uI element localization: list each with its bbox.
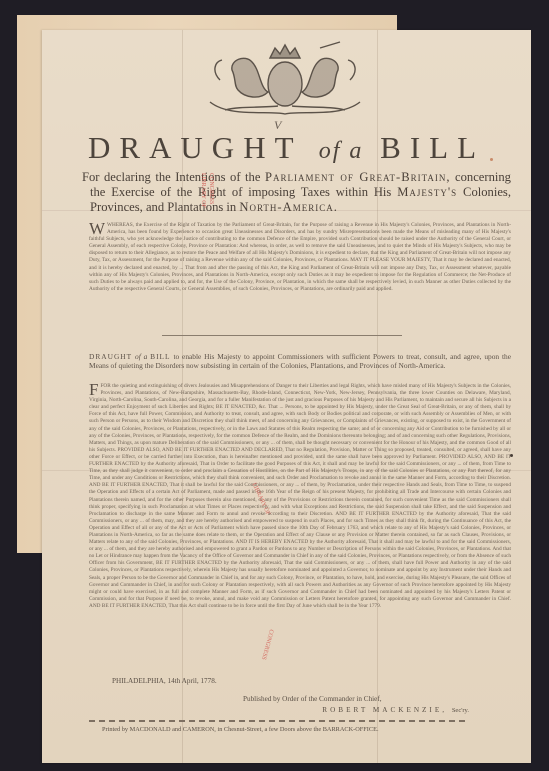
dateline: PHILADELPHIA, 14th April, 1778. xyxy=(112,677,217,685)
second-bill-body: F FOR the quieting and extinguishing of … xyxy=(89,383,511,675)
document-title: DRAUGHT of a BILL xyxy=(42,130,531,166)
drop-cap: F xyxy=(89,383,98,397)
paper-stain xyxy=(490,158,493,161)
front-sheet-broadside: V DRAUGHT of a BILL For declaring the In… xyxy=(42,30,531,763)
second-bill-heading: DRAUGHT of a BILL to enable His Majesty … xyxy=(89,352,511,371)
published-by-line: Published by Order of the Commander in C… xyxy=(243,695,382,703)
first-bill-body: W WHEREAS, the Exercise of the Right of … xyxy=(89,222,511,326)
signature-line: ROBERT MACKENZIE, Sec'ry. xyxy=(322,706,469,714)
royal-coat-of-arms-icon xyxy=(190,40,380,122)
document-subtitle: For declaring the Intentions of the Parl… xyxy=(82,170,511,215)
paper-spot xyxy=(510,454,513,457)
section-divider-rule xyxy=(162,335,402,336)
library-stamp-top: LIBRARY OF xyxy=(200,173,206,208)
library-stamp-top: CONGRESS xyxy=(208,173,214,204)
printer-imprint: Printed by MACDONALD and CAMERON, in Che… xyxy=(102,726,379,733)
drop-cap: W xyxy=(89,222,105,236)
decorative-dashed-rule xyxy=(89,720,465,722)
